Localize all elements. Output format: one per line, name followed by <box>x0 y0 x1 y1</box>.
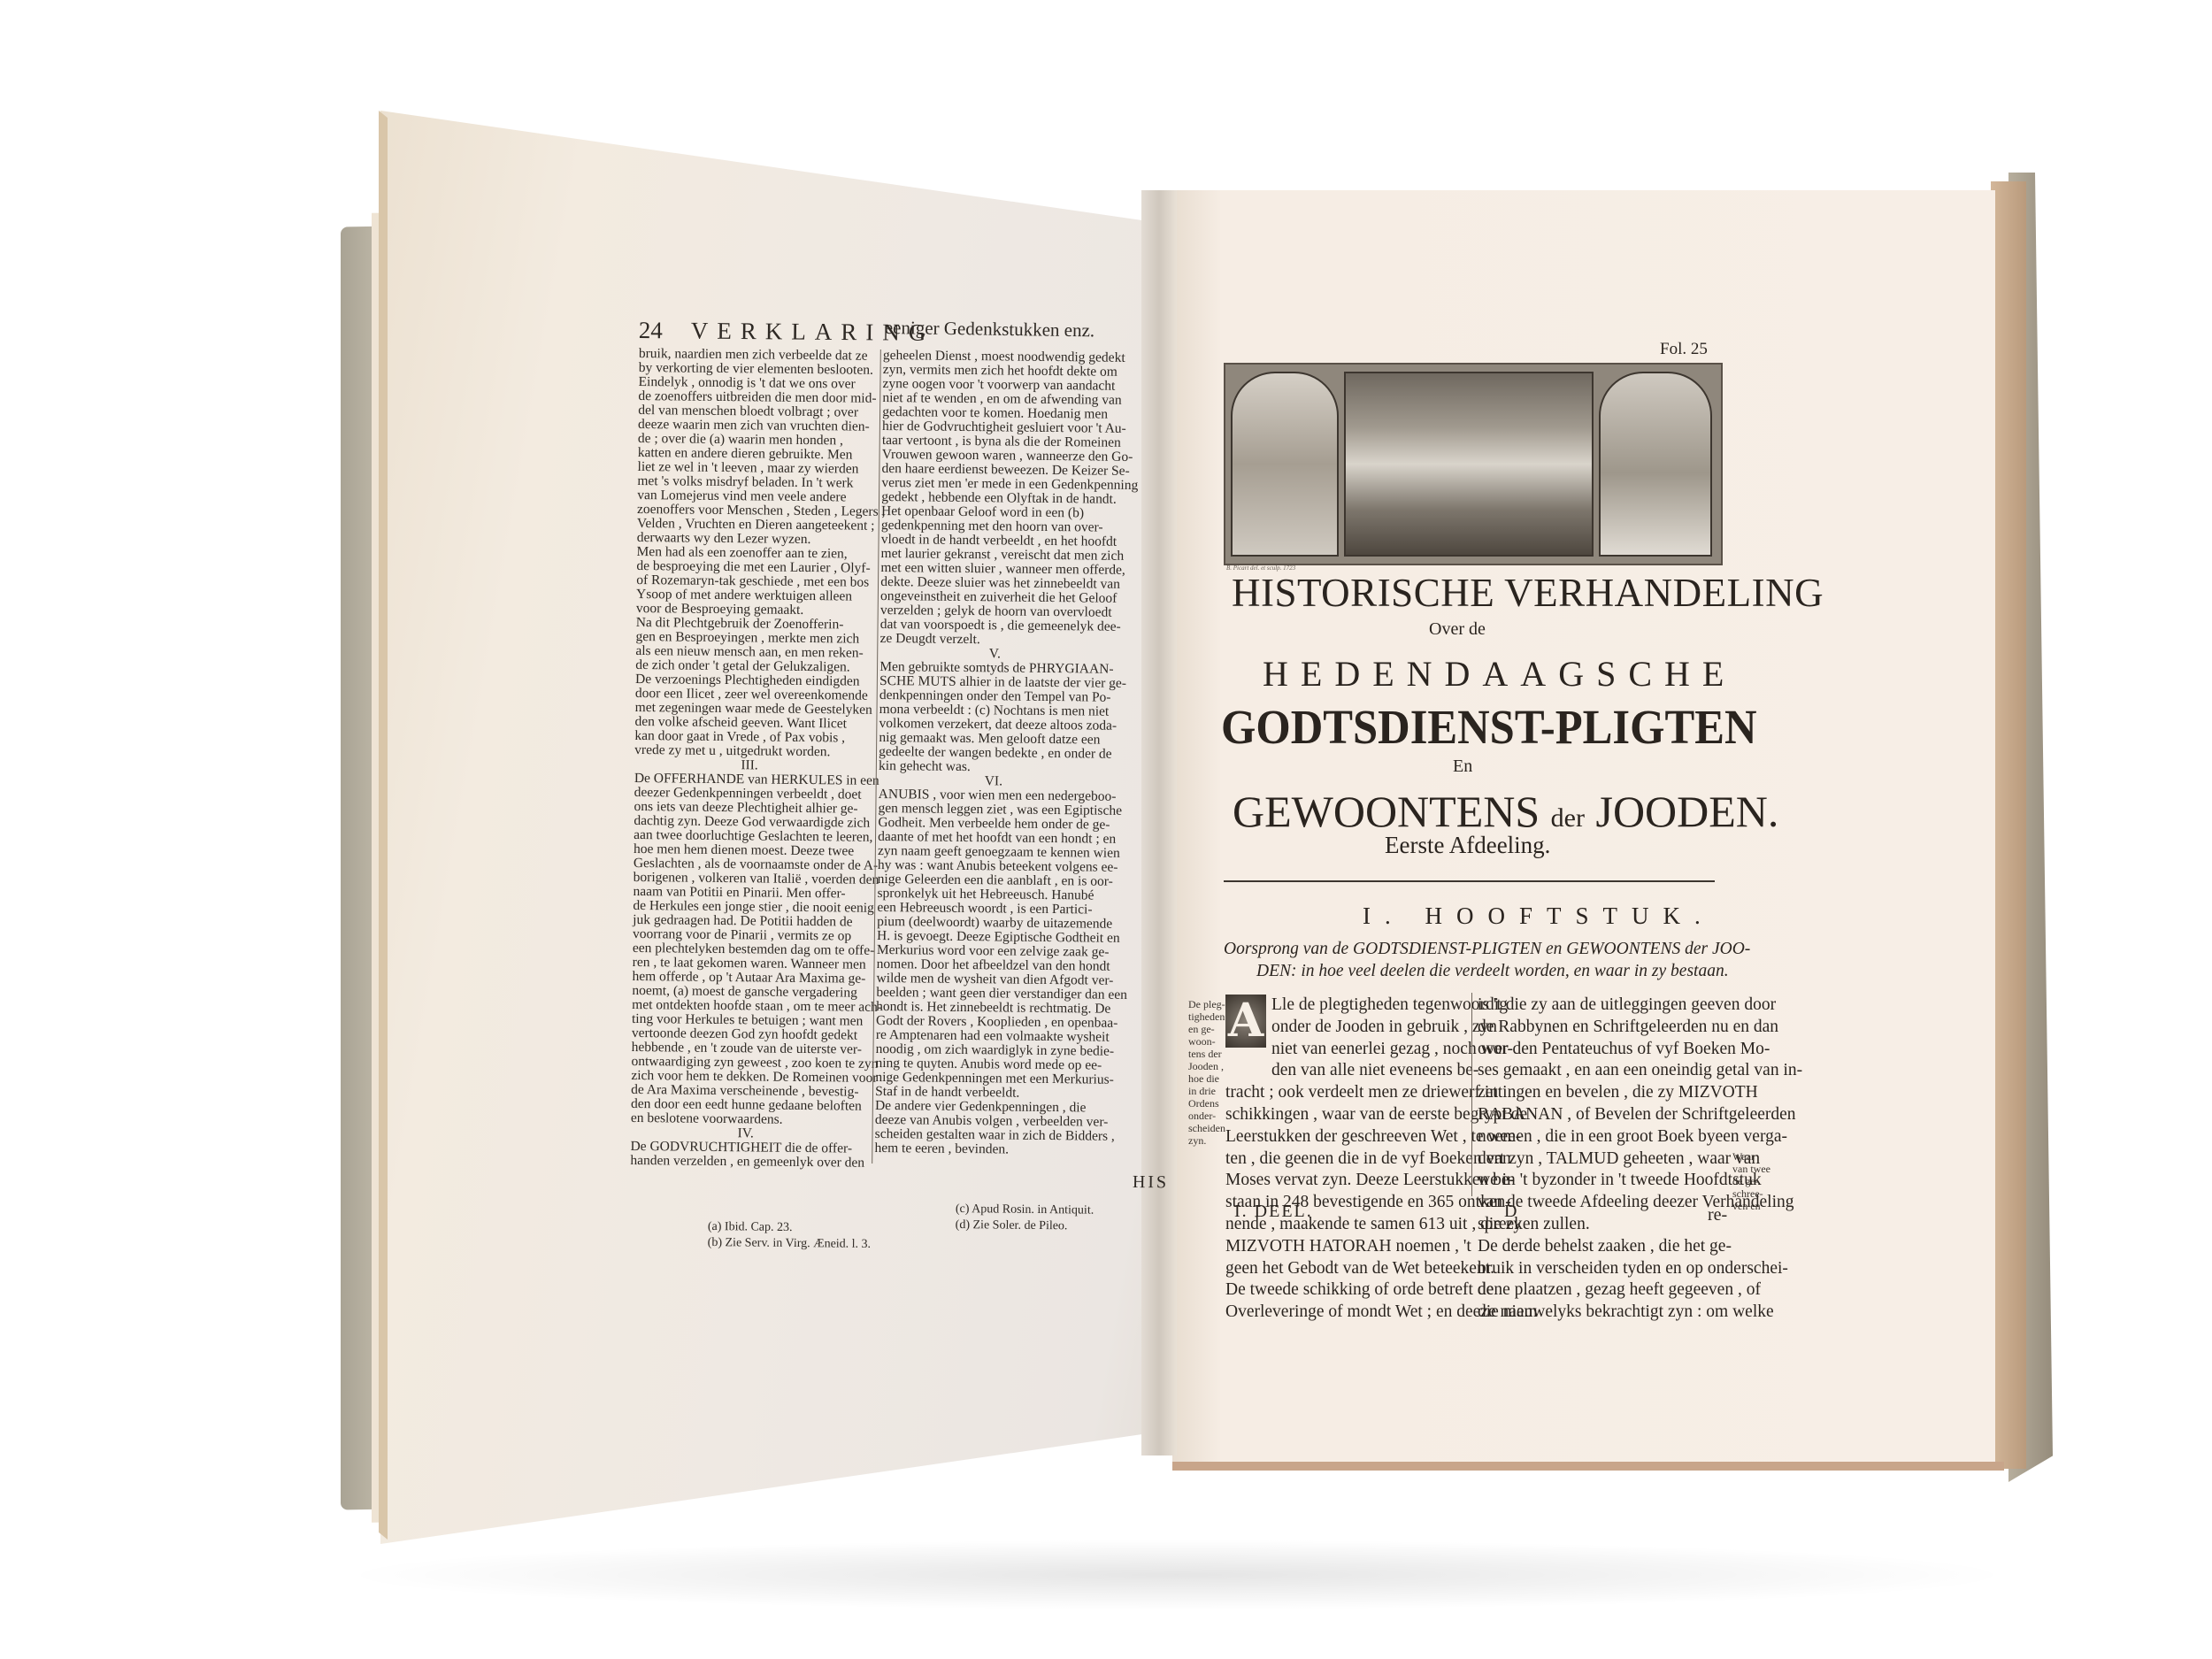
text-line: zyn. <box>1188 1134 1225 1147</box>
text-line: in drie <box>1188 1085 1225 1097</box>
text-line: woon- <box>1188 1035 1225 1048</box>
footnote-b: (b) Zie Serv. in Virg. Æneid. l. 3. <box>708 1235 872 1253</box>
text-line: en ge- <box>1188 1023 1225 1035</box>
left-page-column-1: bruik, naardien men zich verbeelde dat z… <box>630 347 888 1171</box>
text-line: ze Deugdt verzelt. <box>879 632 1136 649</box>
folio-number: Fol. 25 <box>1660 340 1708 359</box>
footnote-a: (a) Ibid. Cap. 23. <box>708 1219 872 1237</box>
text-line: de ge- <box>1732 1175 1770 1187</box>
text-line: hoe die <box>1188 1072 1225 1085</box>
title-line-7: Eerste Afdeeling. <box>1385 832 1550 859</box>
title-line-3: HEDENDAAGSCHE <box>1263 653 1736 695</box>
text-line: Ordens <box>1188 1097 1225 1110</box>
title-gewoontens: GEWOONTENS <box>1233 787 1540 836</box>
left-footnotes-a: (a) Ibid. Cap. 23. (b) Zie Serv. in Virg… <box>708 1219 872 1253</box>
text-line: ven en <box>1732 1200 1770 1212</box>
text-line: over den Pentateuchus of vyf Boeken Mo- <box>1478 1039 1802 1061</box>
text-line: is 't die zy aan de uitleggingen geeven … <box>1478 995 1802 1017</box>
chapter-summary-line-1: Oorsprong van de GODTSDIENST-PLIGTEN en … <box>1224 940 1750 959</box>
text-line: hem te eeren , bevinden. <box>874 1141 1131 1158</box>
engraving-center-panel <box>1344 372 1594 557</box>
chapter-heading: I. HOOFTSTUK. <box>1363 902 1715 930</box>
text-line: RABANAN , of Bevelen der Schriftgeleerde… <box>1478 1104 1802 1126</box>
left-page-edge <box>379 111 388 1540</box>
text-line: kin gehecht was. <box>879 759 1135 776</box>
signature-letter: D <box>1504 1202 1517 1222</box>
title-line-1: HISTORISCHE VERHANDELING <box>1232 570 1824 616</box>
text-line: spreeken zullen. <box>1478 1214 1802 1236</box>
text-line: tigheden <box>1188 1010 1225 1023</box>
title-jooden: JOODEN. <box>1595 787 1778 836</box>
engraving-right-panel <box>1599 372 1712 557</box>
title-line-6: GEWOONTENS der JOODEN. <box>1233 786 1778 837</box>
text-line: De derde behelst zaaken , die het ge- <box>1478 1236 1802 1258</box>
footnote-c: (c) Apud Rosin. in Antiquit. <box>956 1202 1094 1219</box>
title-line-5: En <box>1453 757 1472 777</box>
text-line: onder- <box>1188 1110 1225 1122</box>
text-line: handen verzelden , en gemeenlyk over den <box>630 1154 880 1171</box>
text-line: Waar <box>1732 1150 1770 1163</box>
right-column-rule <box>1471 993 1472 1196</box>
text-line: bruik in verscheiden tyden en op ondersc… <box>1478 1258 1802 1280</box>
text-line: scheiden <box>1188 1122 1225 1134</box>
text-line: vrede zy met u , uitgedrukt worden. <box>634 743 885 760</box>
text-line: Jooden , <box>1188 1060 1225 1072</box>
right-catchword: re- <box>1708 1205 1727 1225</box>
title-line-2: Over de <box>1429 619 1486 640</box>
engraving-illustration <box>1224 363 1723 565</box>
book-gutter <box>1141 190 1177 1455</box>
text-line: van twee <box>1732 1163 1770 1175</box>
table-shadow <box>336 1540 2017 1610</box>
left-page-column-2: geheelen Dienst , moest noodwendig gedek… <box>874 349 1139 1158</box>
left-footnotes-c: (c) Apud Rosin. in Antiquit. (d) Zie Sol… <box>956 1202 1094 1235</box>
text-line: schree- <box>1732 1187 1770 1200</box>
text-line: tens der <box>1188 1048 1225 1060</box>
text-line: De pleg- <box>1188 998 1225 1010</box>
text-line: noemen , die in een groot Boek byeen ver… <box>1478 1126 1802 1148</box>
text-line: de Rabbynen en Schriftgeleerden nu en da… <box>1478 1017 1802 1039</box>
text-line: die nieuwelyks bekrachtigt zyn : om welk… <box>1478 1302 1802 1324</box>
right-page-bottom-edge <box>1172 1462 2004 1471</box>
text-line: zettingen en bevelen , die zy MIZVOTH <box>1478 1082 1802 1104</box>
engraving-left-panel <box>1231 372 1339 557</box>
right-page-block <box>1991 181 2026 1469</box>
signature-mark: I. DEEL. <box>1234 1202 1313 1222</box>
margin-note-left: De pleg-tighedenen ge-woon-tens derJoode… <box>1188 998 1225 1147</box>
left-page-number: 24 <box>639 317 663 343</box>
footnote-d: (d) Zie Soler. de Pileo. <box>956 1217 1094 1235</box>
chapter-summary-line-2: DEN: in hoe veel deelen die verdeelt wor… <box>1256 962 1729 981</box>
text-line: ses gemaakt , en aan een oneindig getal … <box>1478 1060 1802 1082</box>
title-der: der <box>1551 803 1585 833</box>
title-rule <box>1224 880 1715 882</box>
text-line: dene plaatzen , gezag heeft gegeeven , o… <box>1478 1279 1802 1302</box>
margin-note-right: Waarvan tweede ge-schree-ven en <box>1732 1150 1770 1212</box>
left-running-head-continued: eeniger Gedenkstukken enz. <box>885 317 1095 342</box>
text-line: en beslotene voorwaardens. <box>631 1111 881 1128</box>
title-line-4: GODTSDIENST-PLIGTEN <box>1221 699 1757 755</box>
left-catchword: HIS <box>1133 1172 1169 1193</box>
